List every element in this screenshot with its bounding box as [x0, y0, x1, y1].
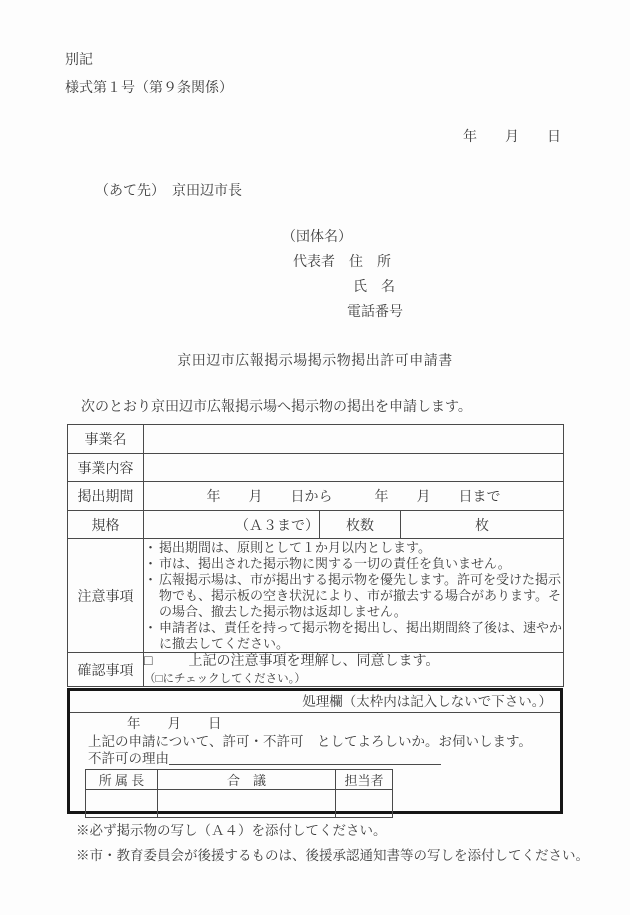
footnote-endorsement: ※市・教育委員会が後援するものは、後援承認通知書等の写しを添付してください。 — [76, 847, 589, 865]
confirm-cell: □ 上記の注意事項を理解し、同意します。 （□にチェックしてください。） — [144, 653, 564, 687]
denial-reason-field — [169, 751, 441, 765]
footnote-attachment: ※必ず掲示物の写し（Ａ４）を添付してください。 — [76, 822, 387, 840]
staff-label: 担当者 — [336, 770, 393, 790]
sheets-field[interactable]: 枚 — [401, 511, 564, 539]
table-row: 確認事項 □ 上記の注意事項を理解し、同意します。 （□にチェックしてください。… — [68, 653, 564, 687]
denial-reason-line: 不許可の理由 — [88, 751, 560, 767]
confirm-line: □ 上記の注意事項を理解し、同意します。 — [144, 653, 563, 671]
table-row: 事業名 — [68, 425, 564, 454]
note-text: 市は、掲出された掲示物に関する一切の責任を負いません。 — [159, 556, 511, 572]
business-desc-field[interactable] — [144, 454, 564, 482]
agreement-checkbox[interactable]: □ — [144, 653, 152, 671]
section-chief-label: 所 属 長 — [86, 770, 158, 790]
section-chief-stamp-cell — [86, 790, 158, 818]
note-text: 広報掲示場は、市が掲出する掲示物を優先します。許可を受けた掲示物でも、掲示板の空… — [159, 572, 563, 620]
business-desc-label: 事業内容 — [68, 454, 144, 482]
org-name-label[interactable]: （団体名） — [282, 228, 352, 248]
bullet-icon: ・ — [144, 572, 159, 620]
bullet-icon: ・ — [144, 556, 159, 572]
rep-name-label[interactable]: 氏 名 — [353, 278, 395, 298]
consultation-label: 合 議 — [158, 770, 336, 790]
staff-stamp-cell — [336, 790, 393, 818]
spec-field[interactable]: （Ａ３まで） — [144, 511, 320, 539]
processing-box: 処理欄（太枠内は記入しないで下さい。） 年 月 日 上記の申請について、許可・不… — [67, 688, 563, 814]
rep-phone-label[interactable]: 電話番号 — [347, 303, 403, 323]
intro-sentence: 次のとおり京田辺市広報掲示場へ掲示物の掲出を申請します。 — [67, 398, 472, 418]
confirm-text: 上記の注意事項を理解し、同意します。 — [188, 653, 439, 671]
application-table: 事業名 事業内容 掲出期間 年 月 日から 年 月 日まで 規格 （Ａ３まで） … — [67, 424, 564, 687]
note-text: 掲出期間は、原則として１か月以内とします。 — [159, 540, 431, 556]
notes-cell: ・掲出期間は、原則として１か月以内とします。 ・市は、掲出された掲示物に関する一… — [144, 539, 564, 653]
note-item: ・広報掲示場は、市が掲出する掲示物を優先します。許可を受けた掲示物でも、掲示板の… — [144, 572, 563, 620]
application-form-page: 別記 様式第１号（第９条関係） 年 月 日 （あて先） 京田辺市長 （団体名） … — [0, 0, 630, 915]
notes-label: 注意事項 — [68, 539, 144, 653]
bullet-icon: ・ — [144, 620, 159, 652]
form-number: 様式第１号（第９条関係） — [65, 79, 233, 99]
processing-question: 上記の申請について、許可・不許可 としてよろしいか。お伺いします。 — [88, 733, 560, 751]
period-field[interactable]: 年 月 日から 年 月 日まで — [144, 482, 564, 511]
denial-reason-label: 不許可の理由 — [88, 751, 169, 767]
note-item: ・掲出期間は、原則として１か月以内とします。 — [144, 540, 563, 556]
processing-header: 処理欄（太枠内は記入しないで下さい。） — [70, 691, 560, 713]
notes-list: ・掲出期間は、原則として１か月以内とします。 ・市は、掲出された掲示物に関する一… — [144, 540, 563, 652]
spec-label: 規格 — [68, 511, 144, 539]
table-row: 規格 （Ａ３まで） 枚数 枚 — [68, 511, 564, 539]
business-name-field[interactable] — [144, 425, 564, 454]
note-item: ・市は、掲出された掲示物に関する一切の責任を負いません。 — [144, 556, 563, 572]
table-row: 事業内容 — [68, 454, 564, 482]
addressee-line: （あて先） 京田辺市長 — [95, 182, 242, 202]
period-label: 掲出期間 — [68, 482, 144, 511]
stamp-header-row: 所 属 長 合 議 担当者 — [86, 770, 393, 790]
rep-address-label[interactable]: 代表者 住 所 — [293, 253, 391, 273]
confirm-note: （□にチェックしてください。） — [144, 672, 563, 686]
table-row: 掲出期間 年 月 日から 年 月 日まで — [68, 482, 564, 511]
appendix-label: 別記 — [65, 51, 93, 71]
note-item: ・申請者は、責任を持って掲示物を掲出し、掲出期間終了後は、速やかに撤去してくださ… — [144, 620, 563, 652]
stamp-body-row — [86, 790, 393, 818]
bullet-icon: ・ — [144, 540, 159, 556]
table-row: 注意事項 ・掲出期間は、原則として１か月以内とします。 ・市は、掲出された掲示物… — [68, 539, 564, 653]
application-date-line[interactable]: 年 月 日 — [463, 128, 561, 148]
note-text: 申請者は、責任を持って掲示物を掲出し、掲出期間終了後は、速やかに撤去してください… — [159, 620, 563, 652]
approval-stamp-table: 所 属 長 合 議 担当者 — [85, 769, 393, 818]
processing-date-line: 年 月 日 — [127, 715, 560, 733]
consultation-stamp-cell — [158, 790, 336, 818]
business-name-label: 事業名 — [68, 425, 144, 454]
confirm-label: 確認事項 — [68, 653, 144, 687]
page-title: 京田辺市広報掲示場掲示物掲出許可申請書 — [0, 352, 630, 372]
sheets-label: 枚数 — [320, 511, 401, 539]
